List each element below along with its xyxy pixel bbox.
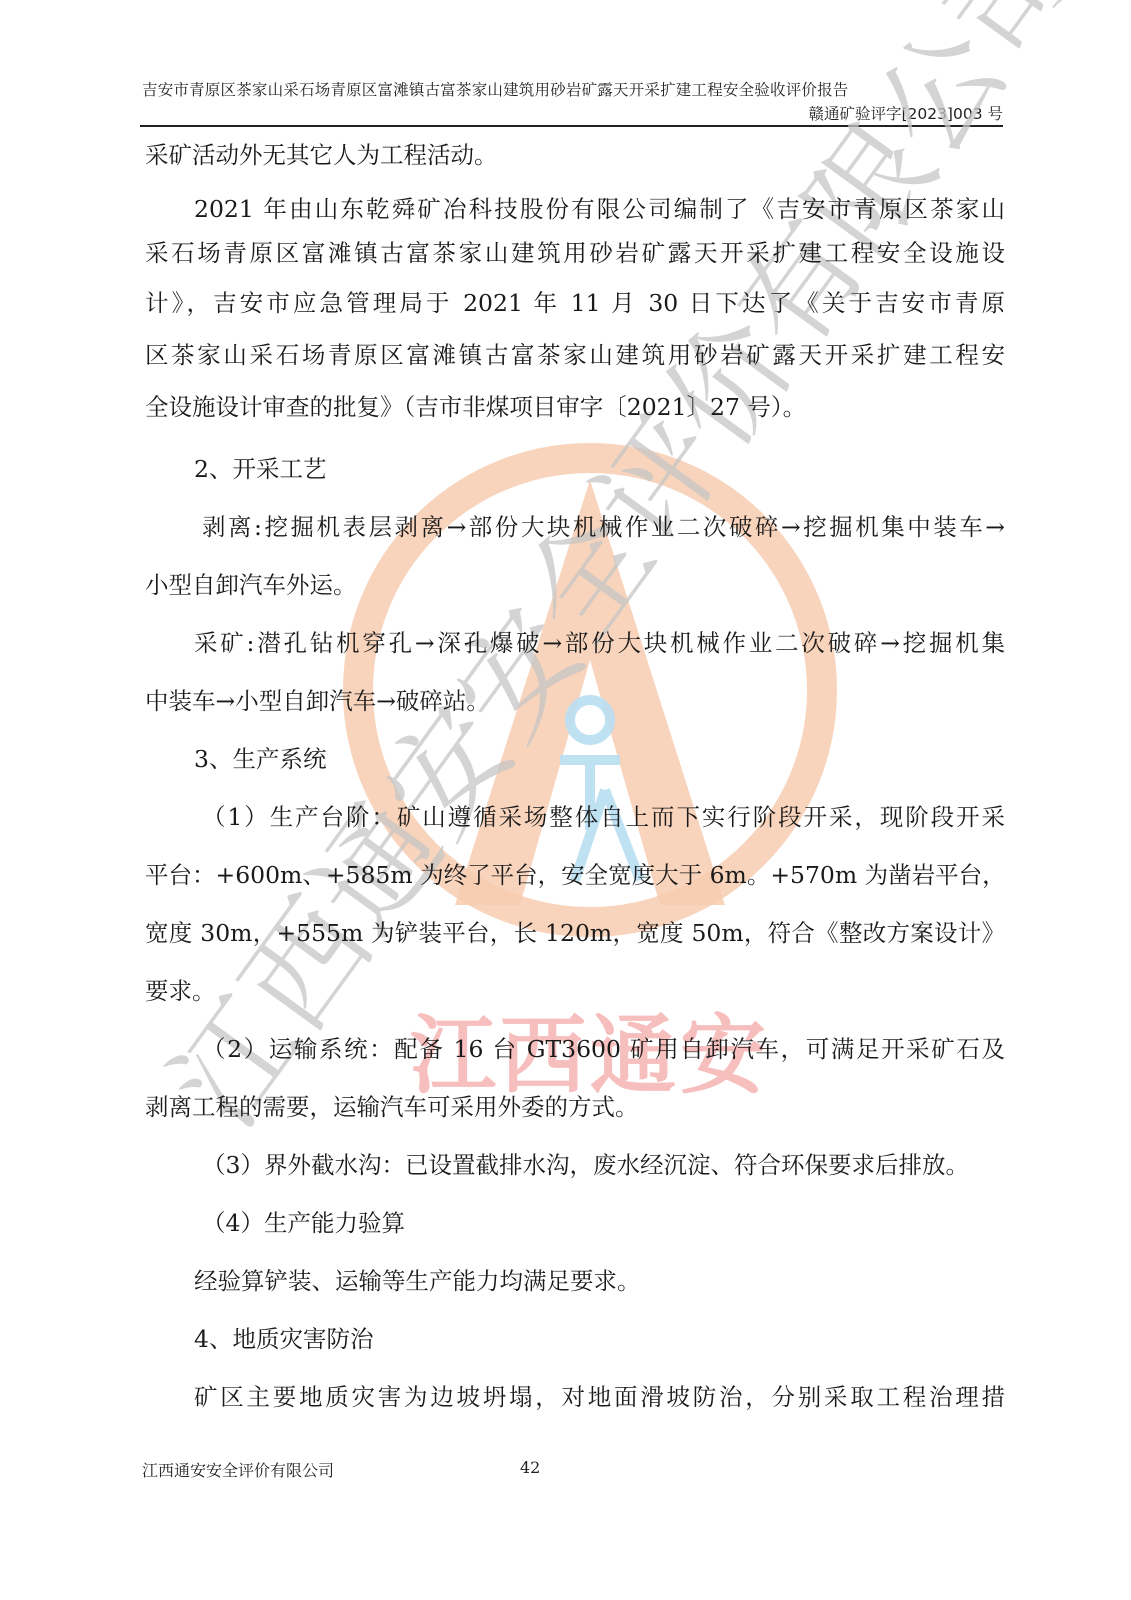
paragraph-line: （1）生产台阶：矿山遵循采场整体自上而下实行阶段开采，现阶段开采 — [202, 802, 1005, 832]
paragraph-line: 剥离工程的需要，运输汽车可采用外委的方式。 — [145, 1092, 1005, 1122]
section-heading: 4、地质灾害防治 — [194, 1324, 1005, 1354]
header-divider — [140, 125, 1003, 127]
paragraph-line: 平台：+600m、+585m 为终了平台，安全宽度大于 6m。+570m 为凿岩… — [145, 860, 1005, 890]
paragraph-line: 全设施设计审查的批复》（吉市非煤项目审字〔2021〕27 号）。 — [145, 392, 1005, 422]
paragraph-line: 小型自卸汽车外运。 — [145, 570, 1005, 600]
page-number: 42 — [520, 1458, 540, 1477]
paragraph-line: 要求。 — [145, 976, 1005, 1006]
paragraph-line: 矿区主要地质灾害为边坡坍塌，对地面滑坡防治，分别采取工程治理措 — [194, 1382, 1005, 1412]
paragraph-line: 宽度 30m，+555m 为铲装平台，长 120m，宽度 50m，符合《整改方案… — [145, 918, 1005, 948]
footer-company: 江西通安安全评价有限公司 — [142, 1458, 334, 1481]
paragraph-line: 计》，吉安市应急管理局于 2021 年 11 月 30 日下达了《关于吉安市青原 — [145, 288, 1005, 318]
section-subheading: （4）生产能力验算 — [202, 1208, 1005, 1238]
paragraph-line: 剥离:挖掘机表层剥离→部份大块机械作业二次破碎→挖掘机集中装车→ — [202, 512, 1005, 542]
section-heading: 2、开采工艺 — [194, 454, 1005, 484]
section-heading: 3、生产系统 — [194, 744, 1005, 774]
document-page: 吉安市青原区茶家山采石场青原区富滩镇古富茶家山建筑用砂岩矿露天开采扩建工程安全验… — [0, 0, 1131, 1600]
paragraph-line: 采矿:潜孔钻机穿孔→深孔爆破→部份大块机械作业二次破碎→挖掘机集 — [194, 628, 1005, 658]
paragraph-line: 采石场青原区富滩镇古富茶家山建筑用砂岩矿露天开采扩建工程安全设施设 — [145, 238, 1005, 268]
paragraph-line: 经验算铲装、运输等生产能力均满足要求。 — [194, 1266, 1005, 1296]
paragraph-line: 中装车→小型自卸汽车→破碎站。 — [145, 686, 1005, 716]
watermark-ta-mark-icon — [560, 700, 640, 880]
paragraph-line: 2021 年由山东乾舜矿冶科技股份有限公司编制了《吉安市青原区茶家山 — [194, 194, 1005, 224]
paragraph-line: 区茶家山采石场青原区富滩镇古富茶家山建筑用砂岩矿露天开采扩建工程安 — [145, 340, 1005, 370]
header-doc-code: 赣通矿验评字[2023]003 号 — [808, 102, 1003, 124]
paragraph-line: 采矿活动外无其它人为工程活动。 — [145, 140, 1005, 170]
header-title: 吉安市青原区茶家山采石场青原区富滩镇古富茶家山建筑用砂岩矿露天开采扩建工程安全验… — [142, 78, 849, 100]
paragraph-line: （2）运输系统：配备 16 台 GT3600 矿用自卸汽车，可满足开采矿石及 — [202, 1034, 1005, 1064]
paragraph-line: （3）界外截水沟：已设置截排水沟，废水经沉淀、符合环保要求后排放。 — [202, 1150, 1005, 1180]
